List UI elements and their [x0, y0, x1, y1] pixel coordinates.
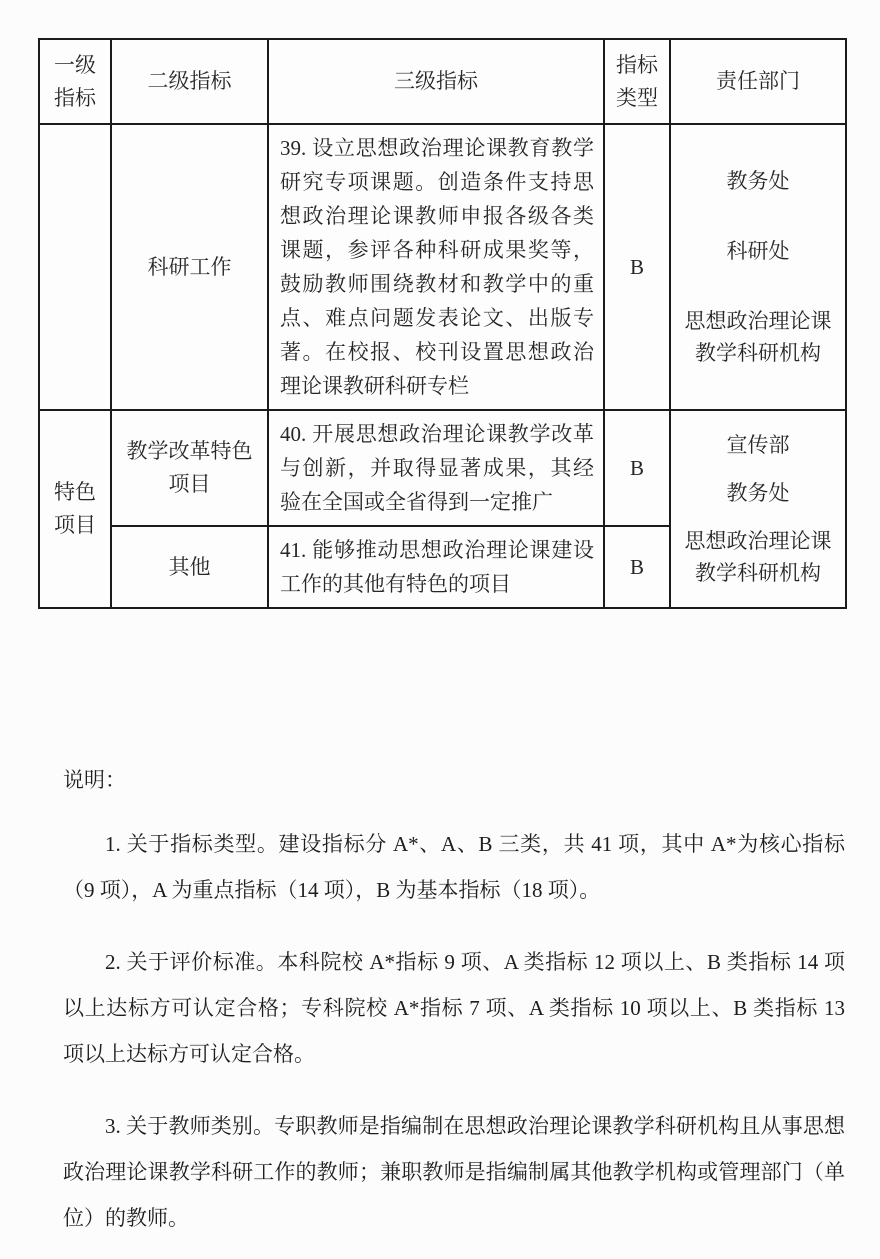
department-item: 教务处 — [727, 477, 790, 509]
column-header-responsible-department: 责任部门 — [670, 39, 846, 124]
notes-heading: 说明： — [63, 765, 845, 795]
note-paragraph-indicator-types: 1. 关于指标类型。建设指标分 A*、A、B 三类，共 41 项，其中 A*为核… — [63, 821, 845, 913]
note-paragraph-teacher-categories: 3. 关于教师类别。专职教师是指编制在思想政治理论课教学科研机构且从事思想政治理… — [63, 1103, 845, 1241]
column-header-level1-indicator: 一级指标 — [39, 39, 111, 124]
cell-level2-other: 其他 — [111, 526, 268, 608]
cell-level1-special-projects: 特色项目 — [39, 410, 111, 608]
department-list: 教务处 科研处 思想政治理论课教学科研机构 — [683, 146, 833, 388]
cell-departments-rows2-3: 宣传部 教务处 思想政治理论课教学科研机构 — [670, 410, 846, 608]
cell-departments-row1: 教务处 科研处 思想政治理论课教学科研机构 — [670, 124, 846, 410]
cell-indicator-type-41: B — [604, 526, 670, 608]
cell-indicator-type-39: B — [604, 124, 670, 410]
note-paragraph-evaluation-criteria: 2. 关于评价标准。本科院校 A*指标 9 项、A 类指标 12 项以上、B 类… — [63, 939, 845, 1077]
cell-level2-teaching-reform: 教学改革特色项目 — [111, 410, 268, 526]
cell-level2-research-work: 科研工作 — [111, 124, 268, 410]
column-header-level2-indicator: 二级指标 — [111, 39, 268, 124]
table-header-row: 一级指标 二级指标 三级指标 指标类型 责任部门 — [39, 39, 846, 124]
cell-level3-item-39: 39. 设立思想政治理论课教育教学研究专项课题。创造条件支持思想政治理论课教师申… — [268, 124, 604, 410]
column-header-level3-indicator: 三级指标 — [268, 39, 604, 124]
department-item: 科研处 — [727, 235, 790, 267]
cell-indicator-type-40: B — [604, 410, 670, 526]
department-item: 思想政治理论课教学科研机构 — [683, 525, 833, 589]
document-page: 一级指标 二级指标 三级指标 指标类型 责任部门 科研工作 39. 设立思想政治… — [0, 0, 880, 1259]
table-row-research-work: 科研工作 39. 设立思想政治理论课教育教学研究专项课题。创造条件支持思想政治理… — [39, 124, 846, 410]
department-item: 宣传部 — [727, 429, 790, 461]
table-row-teaching-reform-project: 特色项目 教学改革特色项目 40. 开展思想政治理论课教学改革与创新，并取得显著… — [39, 410, 846, 526]
cell-level1-empty — [39, 124, 111, 410]
department-item: 思想政治理论课教学科研机构 — [683, 305, 833, 369]
indicator-table: 一级指标 二级指标 三级指标 指标类型 责任部门 科研工作 39. 设立思想政治… — [38, 38, 847, 609]
department-item: 教务处 — [727, 165, 790, 197]
cell-level3-item-41: 41. 能够推动思想政治理论课建设工作的其他有特色的项目 — [268, 526, 604, 608]
notes-section: 说明： 1. 关于指标类型。建设指标分 A*、A、B 三类，共 41 项，其中 … — [63, 765, 845, 1241]
department-list: 宣传部 教务处 思想政治理论课教学科研机构 — [683, 421, 833, 597]
column-header-indicator-type: 指标类型 — [604, 39, 670, 124]
cell-level3-item-40: 40. 开展思想政治理论课教学改革与创新，并取得显著成果，其经验在全国或全省得到… — [268, 410, 604, 526]
